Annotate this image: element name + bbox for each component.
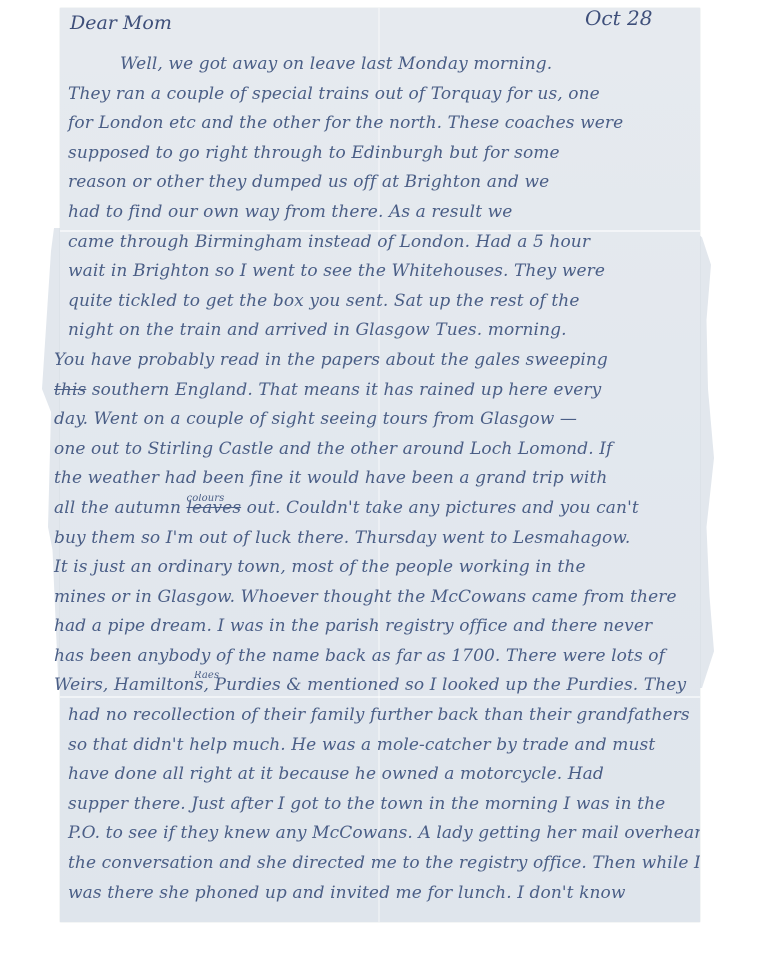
body-line: supper there. Just after I got to the to… bbox=[60, 790, 700, 820]
body-line: the weather had been fine it would have … bbox=[46, 464, 700, 494]
body-line: day. Went on a couple of sight seeing to… bbox=[46, 405, 700, 435]
body-line: Weirs, Hamiltons, Purdies &Raes mentione… bbox=[46, 671, 700, 701]
body-line: this southern England. That means it has… bbox=[46, 376, 700, 406]
inserted-word: colours bbox=[187, 494, 225, 514]
body-line: They ran a couple of special trains out … bbox=[60, 80, 700, 110]
body-line-text: out. Couldn't take any pictures and you … bbox=[247, 498, 639, 518]
body-line-text: all the autumn bbox=[54, 498, 181, 518]
body-line: was there she phoned up and invited me f… bbox=[60, 879, 700, 909]
body-line: reason or other they dumped us off at Br… bbox=[60, 168, 700, 198]
body-line: buy them so I'm out of luck there. Thurs… bbox=[46, 524, 700, 554]
body-line: had a pipe dream. I was in the parish re… bbox=[46, 612, 700, 642]
body-line: You have probably read in the papers abo… bbox=[46, 346, 700, 376]
letter-body: Well, we got away on leave last Monday m… bbox=[60, 50, 700, 908]
insertion: coloursleaves bbox=[187, 498, 242, 518]
struck-word: this bbox=[54, 380, 86, 400]
letter-date: Oct 28 bbox=[585, 6, 652, 30]
body-line: had no recollection of their family furt… bbox=[60, 701, 700, 731]
body-line: supposed to go right through to Edinburg… bbox=[60, 139, 700, 169]
body-line: P.O. to see if they knew any McCowans. A… bbox=[60, 819, 700, 849]
body-line: came through Birmingham instead of Londo… bbox=[60, 228, 700, 258]
body-line: quite tickled to get the box you sent. S… bbox=[60, 287, 700, 317]
body-line: have done all right at it because he own… bbox=[60, 760, 700, 790]
body-line: all the autumn coloursleaves out. Couldn… bbox=[46, 494, 700, 524]
body-line-text: southern England. That means it has rain… bbox=[92, 380, 602, 400]
body-line: mines or in Glasgow. Whoever thought the… bbox=[46, 583, 700, 613]
body-line-text: mentioned so I looked up the Purdies. Th… bbox=[307, 675, 686, 695]
body-line: had to find our own way from there. As a… bbox=[60, 198, 700, 228]
insertion: Weirs, Hamiltons, Purdies &Raes bbox=[54, 675, 302, 695]
body-line: Well, we got away on leave last Monday m… bbox=[60, 50, 700, 80]
body-line: wait in Brighton so I went to see the Wh… bbox=[60, 257, 700, 287]
body-line: one out to Stirling Castle and the other… bbox=[46, 435, 700, 465]
body-line: for London etc and the other for the nor… bbox=[60, 109, 700, 139]
body-line-text: Weirs, Hamiltons, Purdies & bbox=[54, 675, 302, 695]
salutation: Dear Mom bbox=[70, 12, 172, 34]
body-line: It is just an ordinary town, most of the… bbox=[46, 553, 700, 583]
inserted-word: Raes bbox=[194, 671, 219, 691]
letter-page: Dear Mom Oct 28 Well, we got away on lea… bbox=[60, 8, 700, 922]
body-line: night on the train and arrived in Glasgo… bbox=[60, 316, 700, 346]
body-line: the conversation and she directed me to … bbox=[60, 849, 700, 879]
body-line: so that didn't help much. He was a mole-… bbox=[60, 731, 700, 761]
body-line: has been anybody of the name back as far… bbox=[46, 642, 700, 672]
